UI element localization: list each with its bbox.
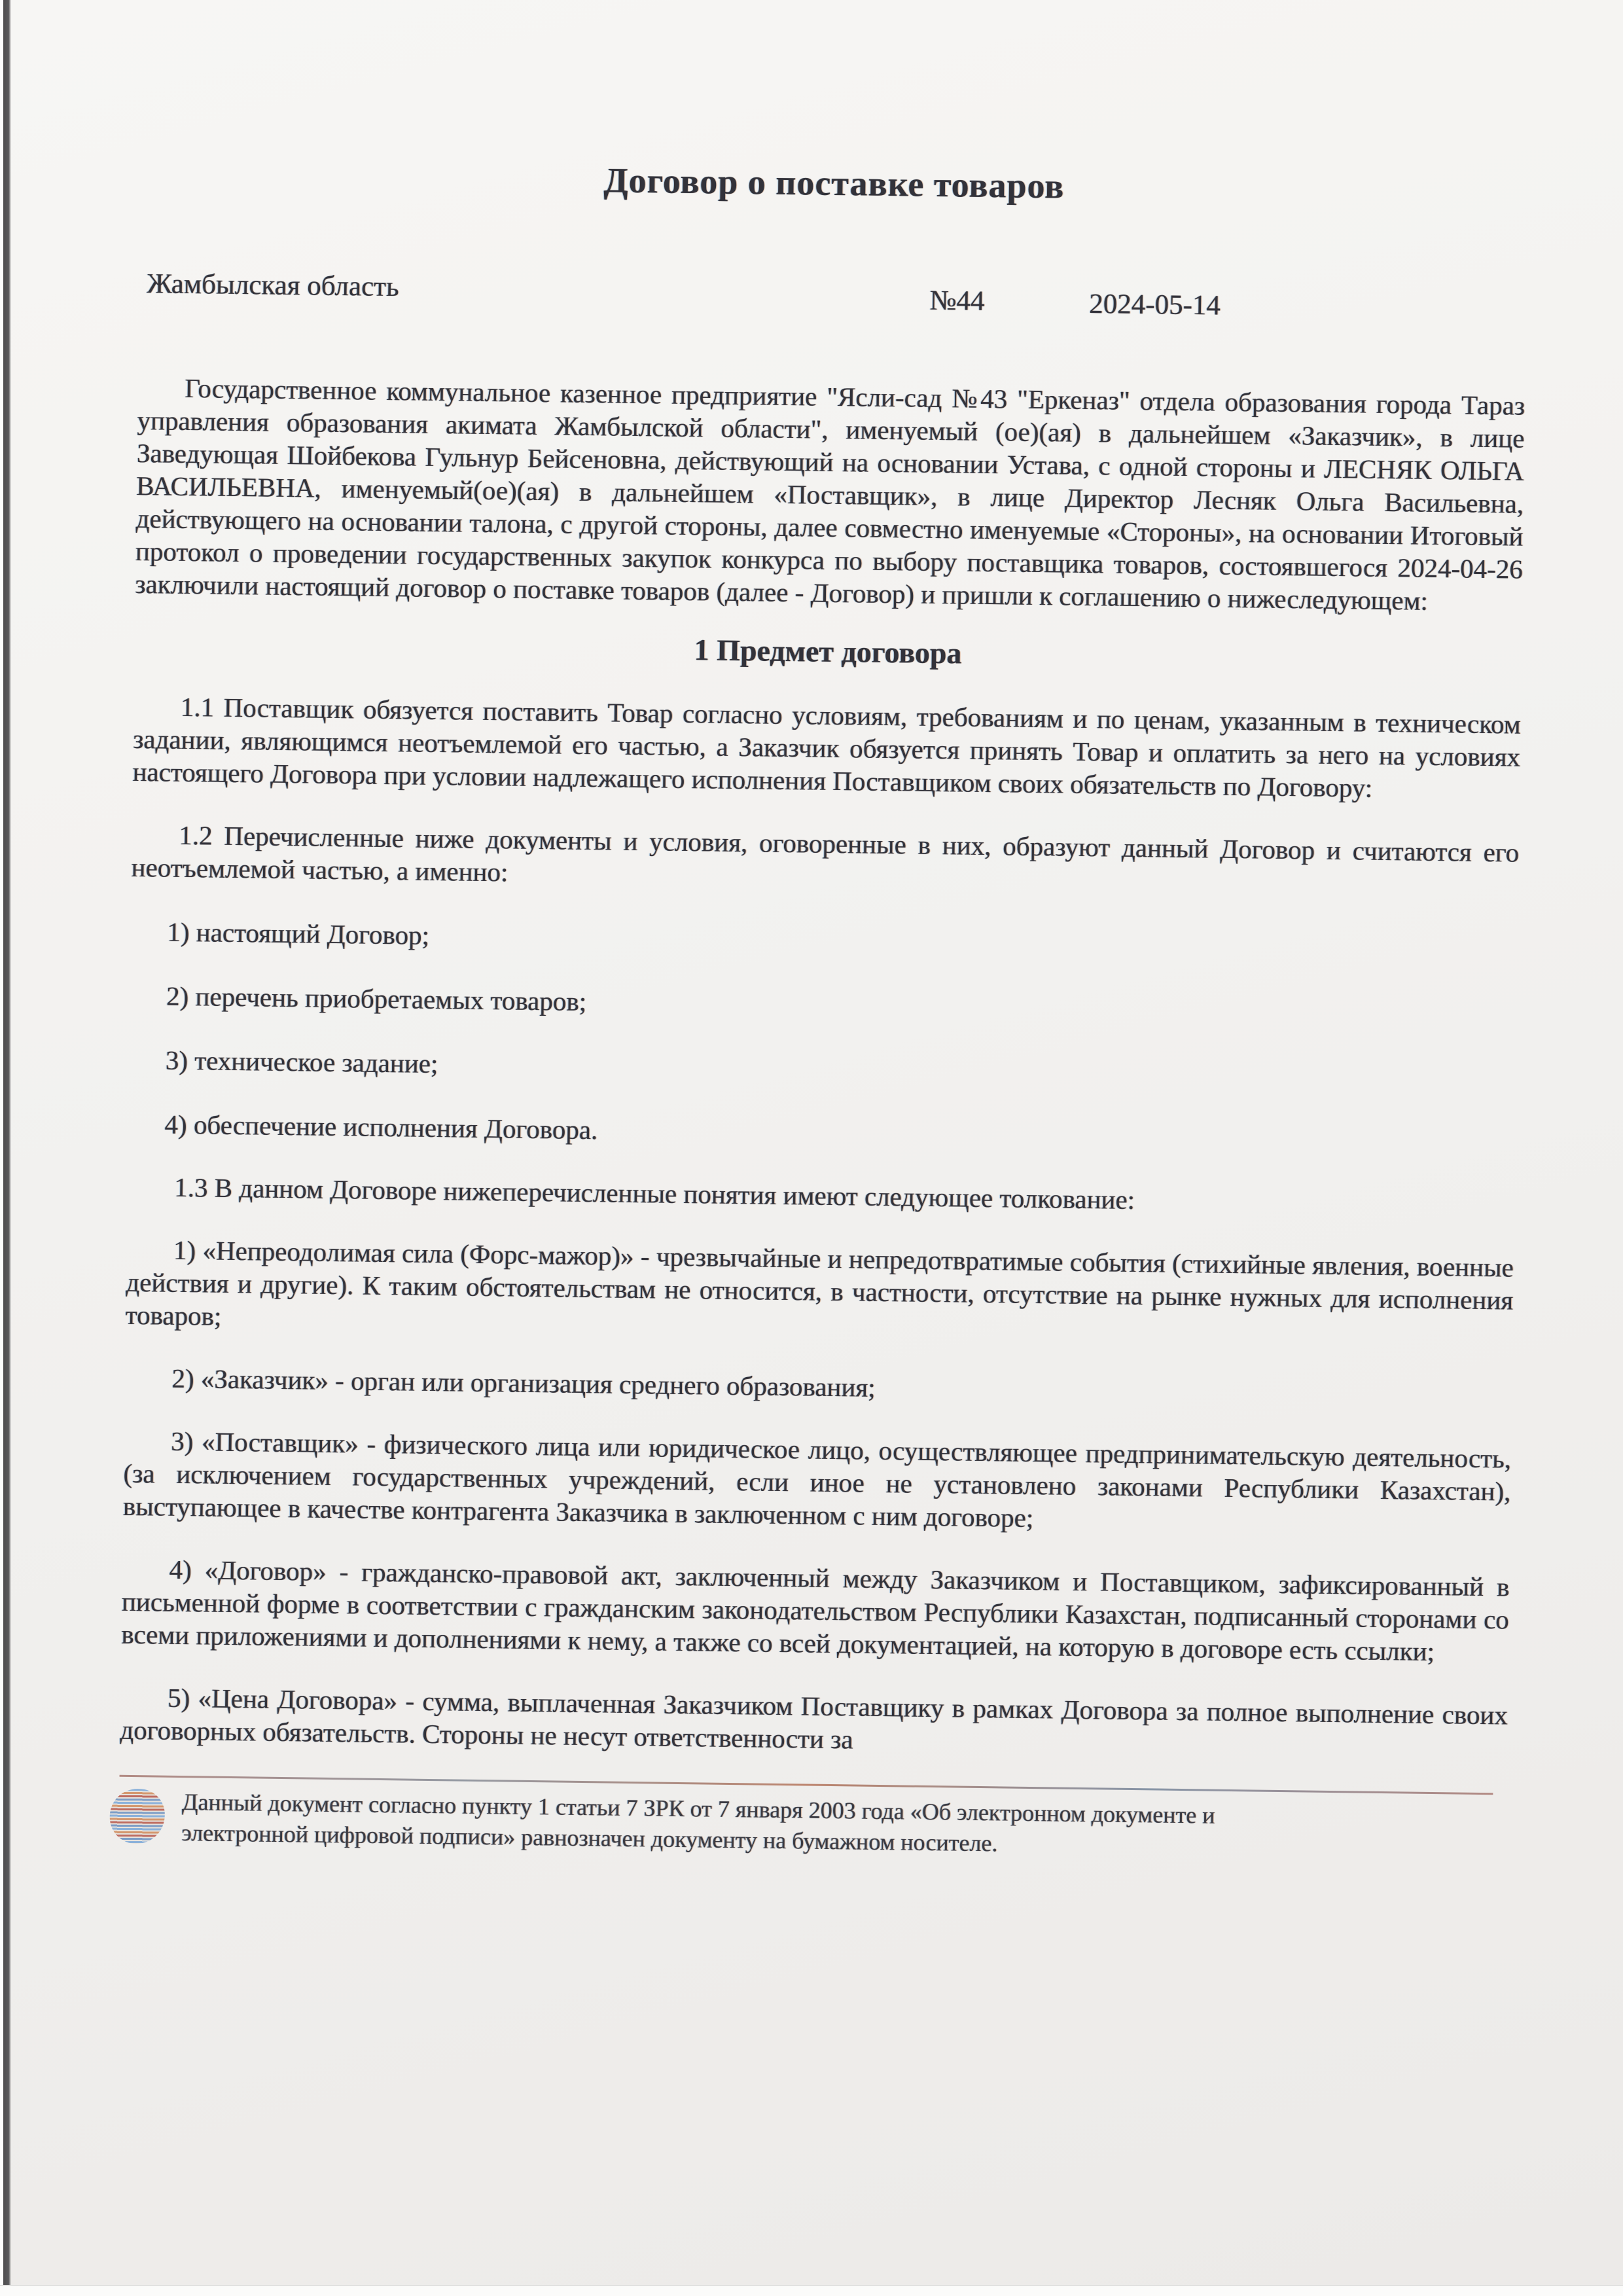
clause-1-2-item: 1) настоящий Договор;: [130, 915, 1518, 966]
definition-supplier: 3) «Поставщик» - физического лица или юр…: [123, 1424, 1512, 1541]
esignature-stamp-icon: [109, 1789, 165, 1844]
definition-contract-price: 5) «Цена Договора» - сумма, выплаченная …: [120, 1681, 1508, 1765]
clause-1-2-item: 4) обеспечение исполнения Договора.: [128, 1107, 1515, 1158]
footer-note-text: Данный документ согласно пункту 1 статьи…: [181, 1787, 1334, 1863]
clause-1-2-item: 3) техническое задание;: [129, 1043, 1516, 1094]
definition-customer: 2) «Заказчик» - орган или организация ср…: [124, 1361, 1512, 1412]
clause-1-2: 1.2 Перечисленные ниже документы и услов…: [131, 818, 1519, 902]
definition-contract: 4) «Договор» - гражданско-правовой акт, …: [121, 1552, 1510, 1669]
contract-date: 2024-05-14: [1089, 288, 1221, 322]
scanner-edge-shadow: [3, 0, 11, 2296]
preamble-paragraph: Государственное коммунальное казенное пр…: [135, 371, 1525, 619]
section-1-heading: 1 Предмет договора: [134, 625, 1522, 678]
scanned-contract-page: Договор о поставке товаров Жамбылская об…: [0, 0, 1623, 2296]
clause-1-1: 1.1 Поставщик обязуется поставить Товар …: [132, 690, 1521, 806]
scan-bottom-margin: [0, 2285, 1623, 2296]
document-title: Договор о поставке товаров: [140, 154, 1528, 213]
footer-row: Данный документ согласно пункту 1 статьи…: [118, 1786, 1507, 1866]
clause-1-3: 1.3 В данном Договоре нижеперечисленные …: [127, 1170, 1514, 1221]
definition-force-majeure: 1) «Непреодолимая сила (Форс-мажор)» - ч…: [125, 1233, 1514, 1350]
clause-1-2-item: 2) перечень приобретаемых товаров;: [130, 979, 1517, 1030]
document-meta-row: Жамбылская область №44 2024-05-14: [139, 268, 1527, 327]
footer-note-block: Данный документ согласно пункту 1 статьи…: [118, 1775, 1507, 1866]
contract-number: №44: [929, 285, 985, 317]
region-label: Жамбылская область: [147, 268, 399, 303]
document-content: Договор о поставке товаров Жамбылская об…: [118, 154, 1528, 1866]
